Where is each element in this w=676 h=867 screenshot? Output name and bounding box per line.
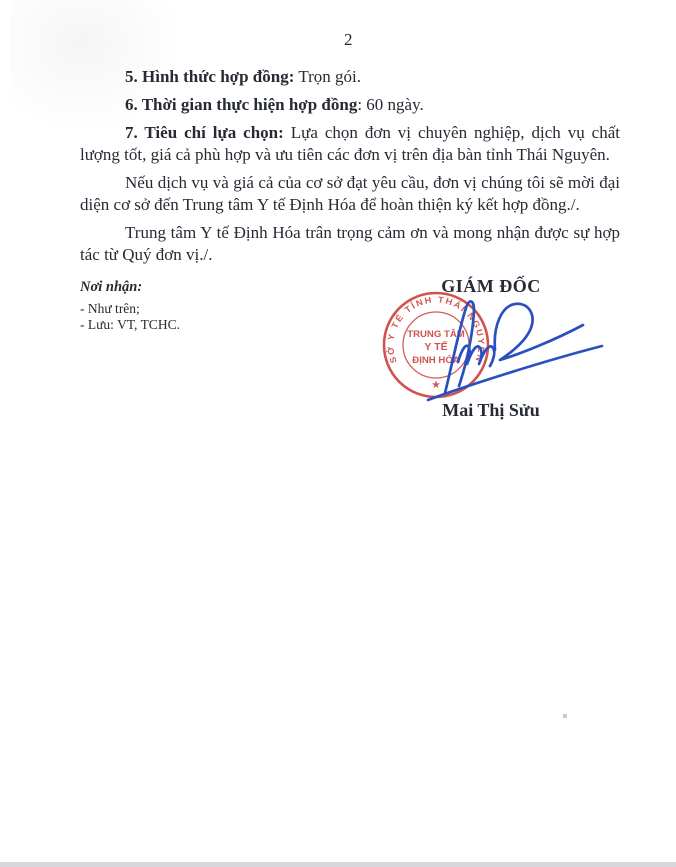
item-6-value: : 60 ngày.: [357, 95, 423, 114]
paragraph-conclusion-2: Trung tâm Y tế Định Hóa trân trọng cảm ơ…: [80, 222, 620, 266]
recipients-title: Nơi nhận:: [80, 279, 300, 296]
official-stamp-and-signature-graphic: SỞ Y TẾ TỈNH THÁI NGUYÊN TRUNG TÂM Y TẾ …: [360, 290, 612, 406]
item-6: 6. Thời gian thực hiện hợp đồng: 60 ngày…: [80, 94, 620, 116]
page-bottom-edge: [0, 862, 676, 867]
seal-and-signature: SỞ Y TẾ TỈNH THÁI NGUYÊN TRUNG TÂM Y TẾ …: [360, 290, 612, 406]
document-body: 5. Hình thức hợp đồng: Trọn gói. 6. Thời…: [80, 66, 620, 272]
signer-name: Mai Thị Sửu: [360, 400, 622, 421]
handwritten-signature-icon: [428, 301, 602, 400]
recipients-item-2: - Lưu: VT, TCHC.: [80, 317, 300, 333]
item-7-label: 7. Tiêu chí lựa chọn:: [125, 123, 284, 142]
stamp-star-icon: ★: [431, 380, 441, 391]
recipients-block: Nơi nhận: - Như trên; - Lưu: VT, TCHC.: [80, 279, 300, 332]
paragraph-conclusion-1: Nếu dịch vụ và giá cả của cơ sở đạt yêu …: [80, 172, 620, 216]
red-seal-icon: SỞ Y TẾ TỈNH THÁI NGUYÊN TRUNG TÂM Y TẾ …: [384, 293, 488, 397]
recipients-item-1: - Như trên;: [80, 301, 300, 317]
item-7: 7. Tiêu chí lựa chọn: Lựa chọn đơn vị ch…: [80, 122, 620, 166]
item-5: 5. Hình thức hợp đồng: Trọn gói.: [80, 66, 620, 88]
stamp-center-line-1: TRUNG TÂM: [407, 328, 465, 340]
document-page: 2 5. Hình thức hợp đồng: Trọn gói. 6. Th…: [0, 0, 676, 867]
stamp-center-line-2: Y TẾ: [424, 340, 447, 353]
page-number: 2: [344, 30, 353, 50]
scan-artifact-speck: [563, 714, 567, 718]
item-6-label: 6. Thời gian thực hiện hợp đồng: [125, 95, 357, 114]
item-5-label: 5. Hình thức hợp đồng:: [125, 67, 294, 86]
item-5-value: Trọn gói.: [294, 67, 361, 86]
